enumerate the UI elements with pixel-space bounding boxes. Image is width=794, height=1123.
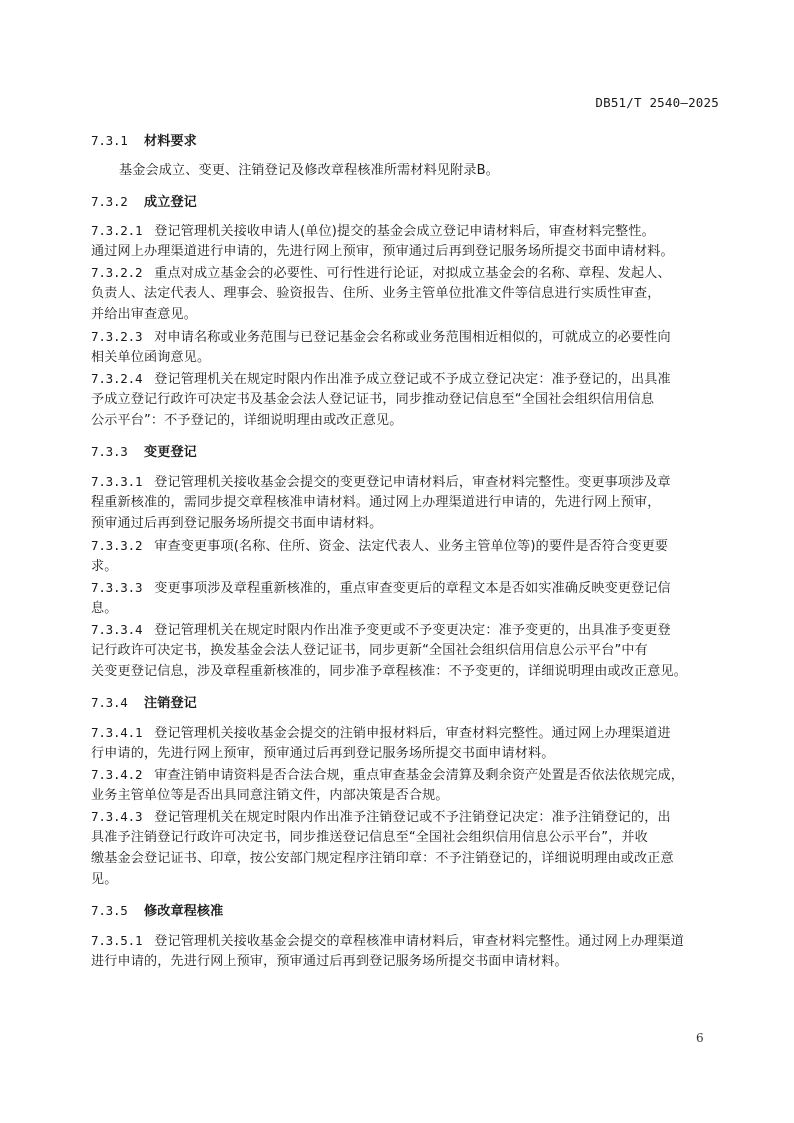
clause-text-line: 进行申请的，先进行网上预审，预审通过后再到登记服务场所提交书面申请材料。	[91, 953, 721, 971]
clause-text: 登记管理机关在规定时限内作出准予成立登记或不予成立登记决定：准予登记的，出具准	[154, 372, 671, 387]
clause-text: 登记管理机关接收基金会提交的注销申报材料后，审查材料完整性。通过网上办理渠道进	[154, 726, 671, 741]
heading-number: 7.3.2	[91, 194, 128, 209]
clause-7-3-5-1: 7.3.5.1登记管理机关接收基金会提交的章程核准申请材料后，审查材料完整性。通…	[91, 932, 721, 951]
clause-text: 变更事项涉及章程重新核准的，重点审查变更后的章程文本是否如实准确反映变更登记信	[154, 581, 671, 596]
clause-text-line: 业务主管单位等是否出具同意注销文件，内部决策是否合规。	[91, 787, 721, 805]
clause-text: 登记管理机关在规定时限内作出准予变更或不予变更决定：准予变更的，出具准予变更登	[154, 623, 671, 638]
clause-number: 7.3.2.2	[91, 265, 142, 280]
clause-7-3-2-2: 7.3.2.2重点对成立基金会的必要性、可行性进行论证，对拟成立基金会的名称、章…	[91, 264, 721, 283]
heading-number: 7.3.4	[91, 695, 128, 710]
clause-7-3-3-2: 7.3.3.2审查变更事项(名称、住所、资金、法定代表人、业务主管单位等)的要件…	[91, 537, 721, 556]
clause-text-line: 负责人、法定代表人、理事会、验资报告、住所、业务主管单位批准文件等信息进行实质性…	[91, 285, 721, 303]
clause-text: 登记管理机关接收基金会提交的章程核准申请材料后，审查材料完整性。通过网上办理渠道	[154, 934, 684, 949]
clause-text-line: 通过网上办理渠道进行申请的，先进行网上预审，预审通过后再到登记服务场所提交书面申…	[91, 243, 721, 261]
clause-number: 7.3.2.4	[91, 371, 142, 386]
heading-number: 7.3.3	[91, 444, 128, 459]
clause-text: 登记管理机关在规定时限内作出准予注销登记或不予注销登记决定：准予注销登记的，出	[154, 810, 671, 825]
heading-title: 变更登记	[144, 445, 197, 460]
clause-text: 登记管理机关接收基金会提交的变更登记申请材料后，审查材料完整性。变更事项涉及章	[154, 475, 671, 490]
clause-text-line: 求。	[91, 558, 721, 576]
clause-number: 7.3.3.1	[91, 474, 142, 489]
clause-text-line: 予成立登记行政许可决定书及基金会法人登记证书，同步推动登记信息至“全国社会组织信…	[91, 391, 721, 409]
section-heading-7-3-1: 7.3.1 材料要求	[91, 132, 721, 151]
page-number: 6	[696, 1031, 704, 1045]
clause-text: 审查变更事项(名称、住所、资金、法定代表人、业务主管单位等)的要件是否符合变更要	[154, 539, 668, 554]
clause-number: 7.3.5.1	[91, 933, 142, 948]
clause-text-line: 行申请的，先进行网上预审，预审通过后再到登记服务场所提交书面申请材料。	[91, 745, 721, 763]
clause-number: 7.3.2.1	[91, 223, 142, 238]
clause-text-line: 具准予注销登记行政许可决定书，同步推送登记信息至“全国社会组织信用信息公示平台”…	[91, 829, 721, 847]
clause-7-3-4-2: 7.3.4.2审查注销申请资料是否合法合规，重点审查基金会清算及剩余资产处置是否…	[91, 766, 721, 785]
clause-text: 审查注销申请资料是否合法合规，重点审查基金会清算及剩余资产处置是否依法依规完成，	[154, 768, 684, 783]
clause-text-line: 息。	[91, 600, 721, 618]
heading-title: 注销登记	[144, 696, 197, 711]
clause-number: 7.3.3.2	[91, 538, 142, 553]
clause-7-3-2-3: 7.3.2.3对申请名称或业务范围与已登记基金会名称或业务范围相近相似的，可就成…	[91, 328, 721, 347]
clause-7-3-4-3: 7.3.4.3登记管理机关在规定时限内作出准予注销登记或不予注销登记决定：准予注…	[91, 808, 721, 827]
clause-7-3-2-1: 7.3.2.1登记管理机关接收申请人(单位)提交的基金会成立登记申请材料后，审查…	[91, 222, 721, 241]
heading-title: 修改章程核准	[144, 904, 223, 919]
clause-text-line: 程重新核准的，需同步提交章程核准申请材料。通过网上办理渠道进行申请的，先进行网上…	[91, 494, 721, 512]
clause-text-line: 并给出审查意见。	[91, 306, 721, 324]
clause-7-3-4-1: 7.3.4.1登记管理机关接收基金会提交的注销申报材料后，审查材料完整性。通过网…	[91, 724, 721, 743]
heading-title: 材料要求	[144, 134, 197, 149]
clause-7-3-2-4: 7.3.2.4登记管理机关在规定时限内作出准予成立登记或不予成立登记决定：准予登…	[91, 370, 721, 389]
heading-title: 成立登记	[144, 195, 197, 210]
clause-number: 7.3.3.3	[91, 580, 142, 595]
clause-text-line: 预审通过后再到登记服务场所提交书面申请材料。	[91, 515, 721, 533]
document-code: DB51/T 2540—2025	[595, 95, 719, 110]
section-heading-7-3-3: 7.3.3 变更登记	[91, 443, 721, 462]
document-page: DB51/T 2540—2025 7.3.1 材料要求 基金会成立、变更、注销登…	[0, 0, 794, 1123]
clause-text-line: 记行政许可决定书，换发基金会法人登记证书，同步更新“全国社会组织信用信息公示平台…	[91, 642, 721, 660]
clause-7-3-3-4: 7.3.3.4登记管理机关在规定时限内作出准予变更或不予变更决定：准予变更的，出…	[91, 621, 721, 640]
clause-text-line: 见。	[91, 871, 721, 889]
heading-number: 7.3.5	[91, 903, 128, 918]
clause-number: 7.3.4.3	[91, 809, 142, 824]
section-heading-7-3-4: 7.3.4 注销登记	[91, 694, 721, 713]
clause-number: 7.3.4.2	[91, 767, 142, 782]
clause-7-3-3-3: 7.3.3.3变更事项涉及章程重新核准的，重点审查变更后的章程文本是否如实准确反…	[91, 579, 721, 598]
clause-number: 7.3.3.4	[91, 622, 142, 637]
clause-text-line: 缴基金会登记证书、印章，按公安部门规定程序注销印章：不予注销登记的，详细说明理由…	[91, 850, 721, 868]
clause-text-line: 相关单位函询意见。	[91, 349, 721, 367]
heading-number: 7.3.1	[91, 133, 128, 148]
clause-7-3-3-1: 7.3.3.1登记管理机关接收基金会提交的变更登记申请材料后，审查材料完整性。变…	[91, 473, 721, 492]
clause-number: 7.3.2.3	[91, 329, 142, 344]
clause-text-line: 公示平台”：不予登记的，详细说明理由或改正意见。	[91, 412, 721, 430]
clause-text: 重点对成立基金会的必要性、可行性进行论证，对拟成立基金会的名称、章程、发起人、	[154, 266, 671, 281]
clause-number: 7.3.4.1	[91, 725, 142, 740]
clause-text: 对申请名称或业务范围与已登记基金会名称或业务范围相近相似的，可就成立的必要性向	[154, 330, 671, 345]
clause-text-line: 关变更登记信息，涉及章程重新核准的，同步准予章程核准：不予变更的，详细说明理由或…	[91, 663, 721, 681]
paragraph: 基金会成立、变更、注销登记及修改章程核准所需材料见附录B。	[119, 162, 749, 180]
section-heading-7-3-2: 7.3.2 成立登记	[91, 193, 721, 212]
clause-text: 登记管理机关接收申请人(单位)提交的基金会成立登记申请材料后，审查材料完整性。	[154, 224, 655, 239]
section-heading-7-3-5: 7.3.5 修改章程核准	[91, 902, 721, 921]
